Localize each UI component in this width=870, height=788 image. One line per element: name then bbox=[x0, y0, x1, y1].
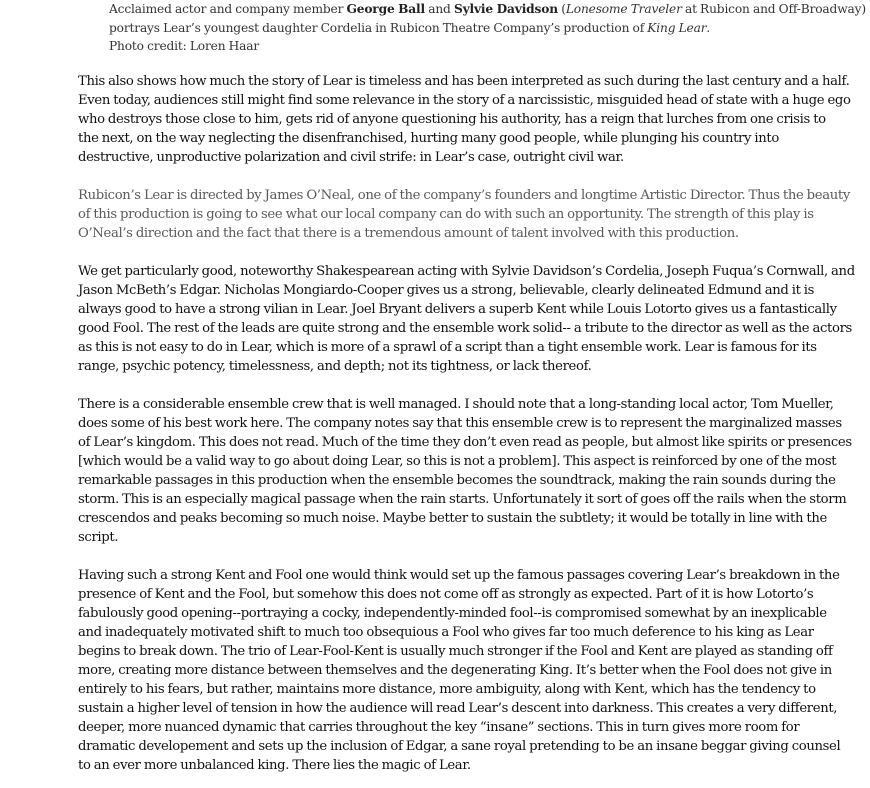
text-line: Having such a strong Kent and Fool one w… bbox=[78, 566, 848, 585]
paragraph-director: Rubicon’s Lear is directed by James O’Ne… bbox=[78, 186, 848, 243]
caption-line-1: Acclaimed actor and company member Georg… bbox=[109, 0, 849, 19]
text-line: script. bbox=[78, 528, 848, 547]
text-line: fabulously good opening--portraying a co… bbox=[78, 604, 848, 623]
actor-name-george-ball: George Ball bbox=[346, 2, 425, 16]
actor-name-sylvie-davidson: Sylvie Davidson bbox=[454, 2, 558, 16]
paragraph-kent-fool: Having such a strong Kent and Fool one w… bbox=[78, 566, 848, 775]
text-line: O’Neal’s direction and the fact that the… bbox=[78, 224, 848, 243]
text-line: who destroys those close to him, gets ri… bbox=[78, 110, 848, 129]
text-line: of Lear’s kingdom. This does not read. M… bbox=[78, 433, 848, 452]
text-line: always good to have a strong vilian in L… bbox=[78, 300, 848, 319]
paragraph-ensemble: There is a considerable ensemble crew th… bbox=[78, 395, 848, 547]
show-title: Lonesome Traveler bbox=[566, 2, 682, 16]
text-line: range, psychic potency, timelessness, an… bbox=[78, 357, 848, 376]
text-line: [which would be a valid way to go about … bbox=[78, 452, 848, 471]
text-line: This also shows how much the story of Le… bbox=[78, 72, 848, 91]
text-line: the next, on the way neglecting the dise… bbox=[78, 129, 848, 148]
photo-caption: Acclaimed actor and company member Georg… bbox=[109, 0, 849, 56]
text-line: entirely to his fears, but rather, maint… bbox=[78, 680, 848, 699]
text-line: good Fool. The rest of the leads are qui… bbox=[78, 319, 848, 338]
text-line: deeper, more nuanced dynamic that carrie… bbox=[78, 718, 848, 737]
photo-credit: Photo credit: Loren Haar bbox=[109, 37, 849, 56]
paragraph-timeless: This also shows how much the story of Le… bbox=[78, 72, 848, 167]
text-line: We get particularly good, noteworthy Sha… bbox=[78, 262, 848, 281]
text-line: Even today, audiences still might find s… bbox=[78, 91, 848, 110]
text-line: destructive, unproductive polarization a… bbox=[78, 148, 848, 167]
caption-line-2: portrays Lear’s youngest daughter Cordel… bbox=[109, 19, 849, 38]
article-body: This also shows how much the story of Le… bbox=[78, 72, 848, 788]
text-line: does some of his best work here. The com… bbox=[78, 414, 848, 433]
text-line: storm. This is an especially magical pas… bbox=[78, 490, 848, 509]
text-line: of this production is going to see what … bbox=[78, 205, 848, 224]
text-line: to an ever more unbalanced king. There l… bbox=[78, 756, 848, 775]
text-line: Jason McBeth’s Edgar. Nicholas Mongiardo… bbox=[78, 281, 848, 300]
text-line: presence of Kent and the Fool, but someh… bbox=[78, 585, 848, 604]
text-line: as this is not easy to do in Lear, which… bbox=[78, 338, 848, 357]
text-line: and inadequately motivated shift to much… bbox=[78, 623, 848, 642]
text-line: dramatic developement and sets up the in… bbox=[78, 737, 848, 756]
text-line: more, creating more distance between the… bbox=[78, 661, 848, 680]
text-line: There is a considerable ensemble crew th… bbox=[78, 395, 848, 414]
text-line: remarkable passages in this production w… bbox=[78, 471, 848, 490]
text-line: begins to break down. The trio of Lear-F… bbox=[78, 642, 848, 661]
play-title: King Lear bbox=[647, 21, 706, 35]
text-line: sustain a higher level of tension in how… bbox=[78, 699, 848, 718]
paragraph-acting: We get particularly good, noteworthy Sha… bbox=[78, 262, 848, 376]
text-line: Rubicon’s Lear is directed by James O’Ne… bbox=[78, 186, 848, 205]
text-line: crescendos and peaks becoming so much no… bbox=[78, 509, 848, 528]
